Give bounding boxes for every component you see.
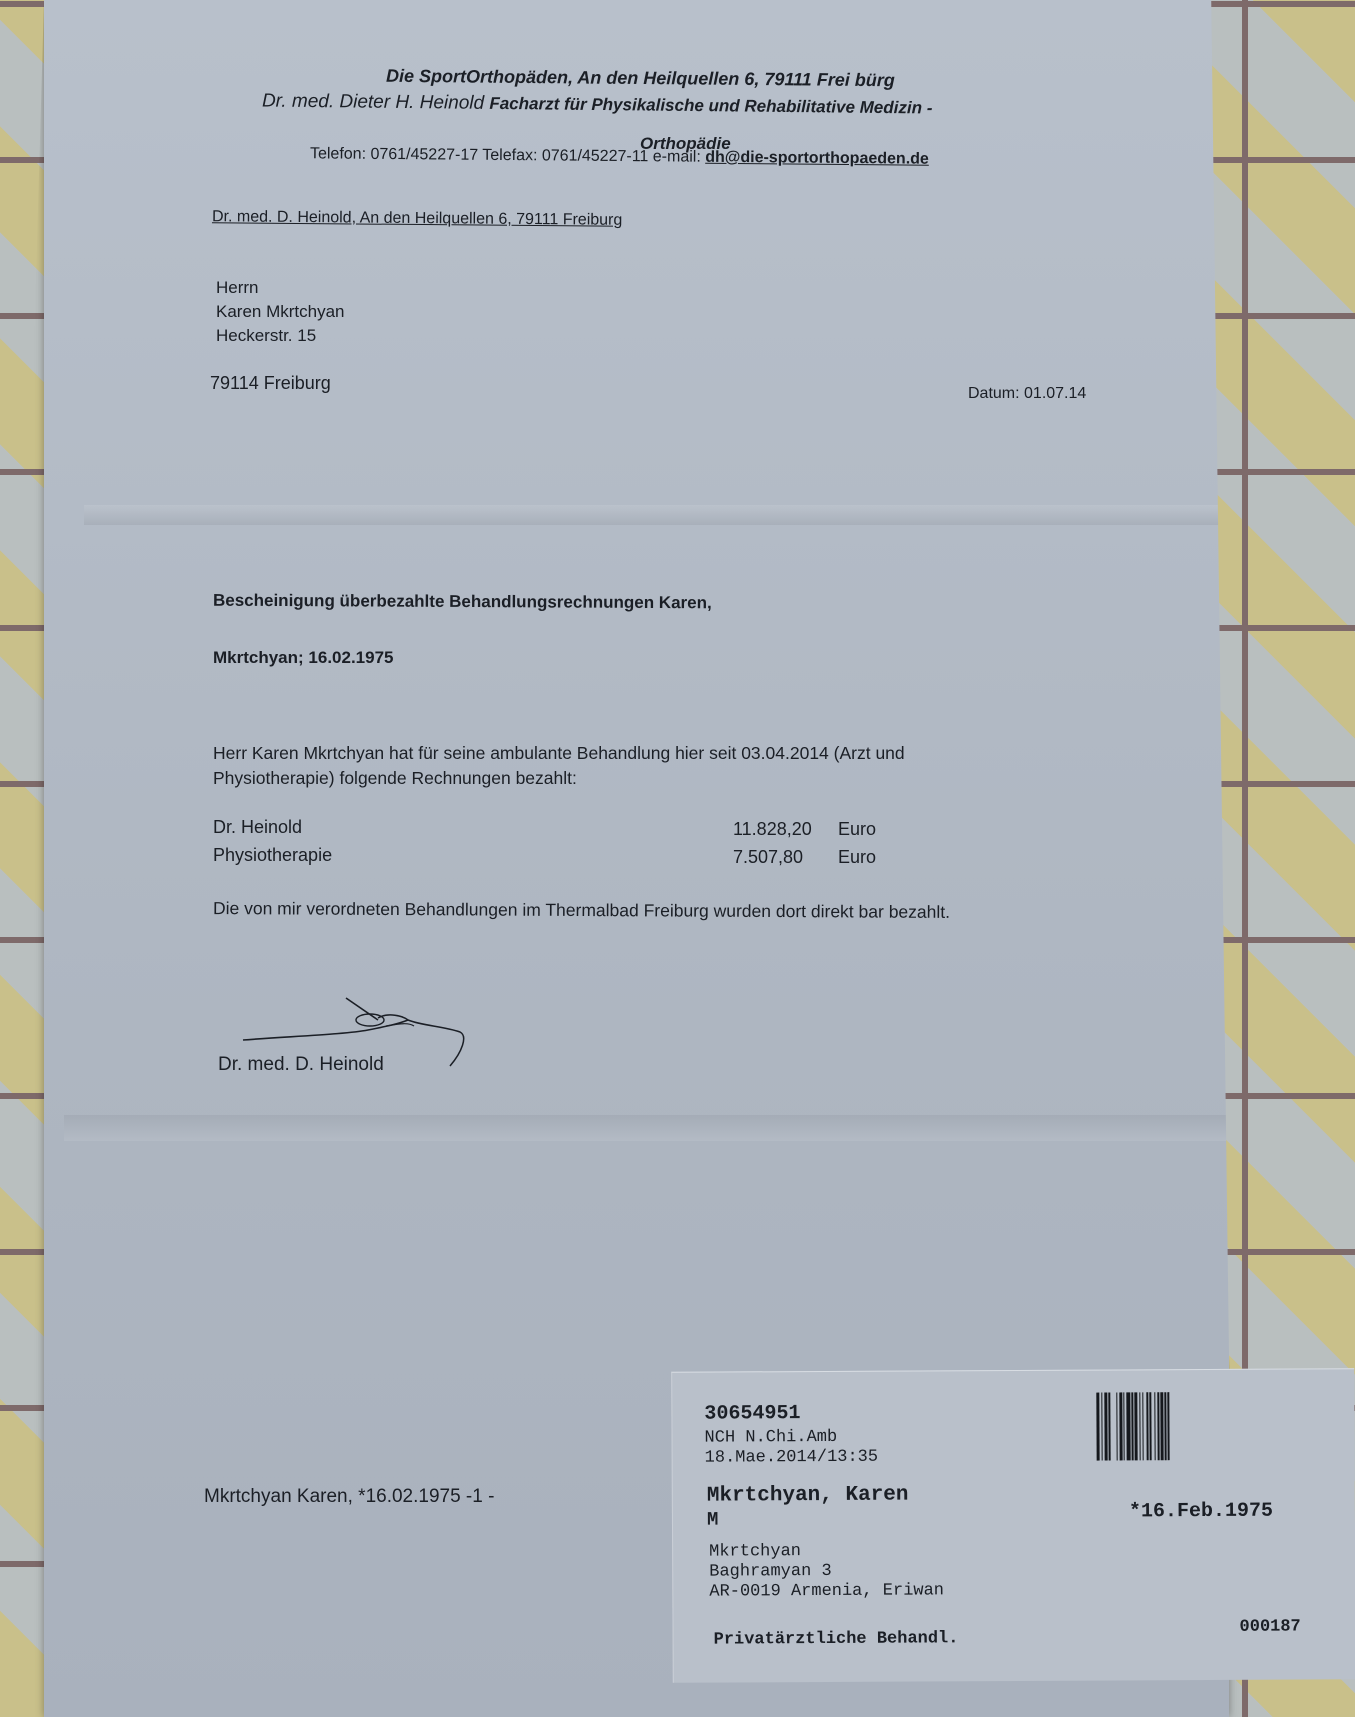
insurance-type: Privatärztliche Behandl. (714, 1629, 959, 1649)
recipient-address: Herrn Karen Mkrtchyan Heckerstr. 15 (216, 276, 345, 348)
page-footer: Mkrtchyan Karen, *16.02.1975 -1 - (204, 1486, 494, 1508)
patient-dob: *16.Feb.1975 (1129, 1500, 1273, 1524)
paper-fold (84, 505, 1229, 525)
subject-line-1: Bescheinigung überbezahlte Behandlungsre… (213, 591, 712, 614)
patient-label-sticker: 30654951 NCH N.Chi.Amb 18.Mae.2014/13:35… (671, 1368, 1355, 1683)
paper-fold (64, 1115, 1229, 1141)
sender-return-address: Dr. med. D. Heinold, An den Heilquellen … (212, 208, 622, 230)
payment-amount: 7.507,80 (733, 847, 803, 868)
body-intro-line-2: Physiotherapie) folgende Rechnungen beza… (213, 766, 905, 791)
payment-label: Dr. Heinold (213, 817, 302, 838)
subject-line-2: Mkrtchyan; 16.02.1975 (213, 648, 394, 668)
payment-currency: Euro (838, 819, 876, 840)
recipient-salutation: Herrn (216, 276, 345, 300)
signature-name: Dr. med. D. Heinold (218, 1054, 384, 1076)
barcode-icon (1096, 1392, 1276, 1461)
patient-id: 30654951 (704, 1402, 800, 1426)
recipient-street: Heckerstr. 15 (216, 324, 345, 348)
contact-phone-fax: Telefon: 0761/45227-17 Telefax: 0761/452… (310, 145, 705, 165)
body-intro: Herr Karen Mkrtchyan hat für seine ambul… (213, 741, 905, 791)
payment-label: Physiotherapie (213, 845, 332, 866)
email-link[interactable]: dh@die-sportorthopaeden.de (705, 149, 929, 168)
doctor-name: Dr. med. Dieter H. Heinold (262, 90, 484, 113)
payment-currency: Euro (838, 847, 876, 868)
recipient-city: 79114 Freiburg (210, 373, 331, 394)
patient-address-line-2: Baghramyan 3 (709, 1562, 832, 1582)
patient-address-line-3: AR-0019 Armenia, Eriwan (709, 1581, 944, 1601)
patient-address-line-1: Mkrtchyan (709, 1542, 801, 1561)
recipient-name: Karen Mkrtchyan (216, 300, 345, 324)
patient-name: Mkrtchyan, Karen (707, 1484, 909, 1508)
patient-sex: M (707, 1509, 719, 1531)
label-number: 000187 (1239, 1617, 1300, 1636)
body-closing: Die von mir verordneten Behandlungen im … (213, 898, 950, 923)
department-code: NCH N.Chi.Amb (704, 1428, 837, 1448)
letter-date: Datum: 01.07.14 (968, 385, 1086, 403)
doctor-specialty: Facharzt für Physikalische und Rehabilit… (489, 94, 932, 118)
body-intro-line-1: Herr Karen Mkrtchyan hat für seine ambul… (213, 741, 905, 766)
payment-amount: 11.828,20 (733, 819, 812, 840)
letterhead-practice: Die SportOrthopäden, An den Heilquellen … (386, 66, 895, 91)
label-timestamp: 18.Mae.2014/13:35 (705, 1448, 879, 1468)
